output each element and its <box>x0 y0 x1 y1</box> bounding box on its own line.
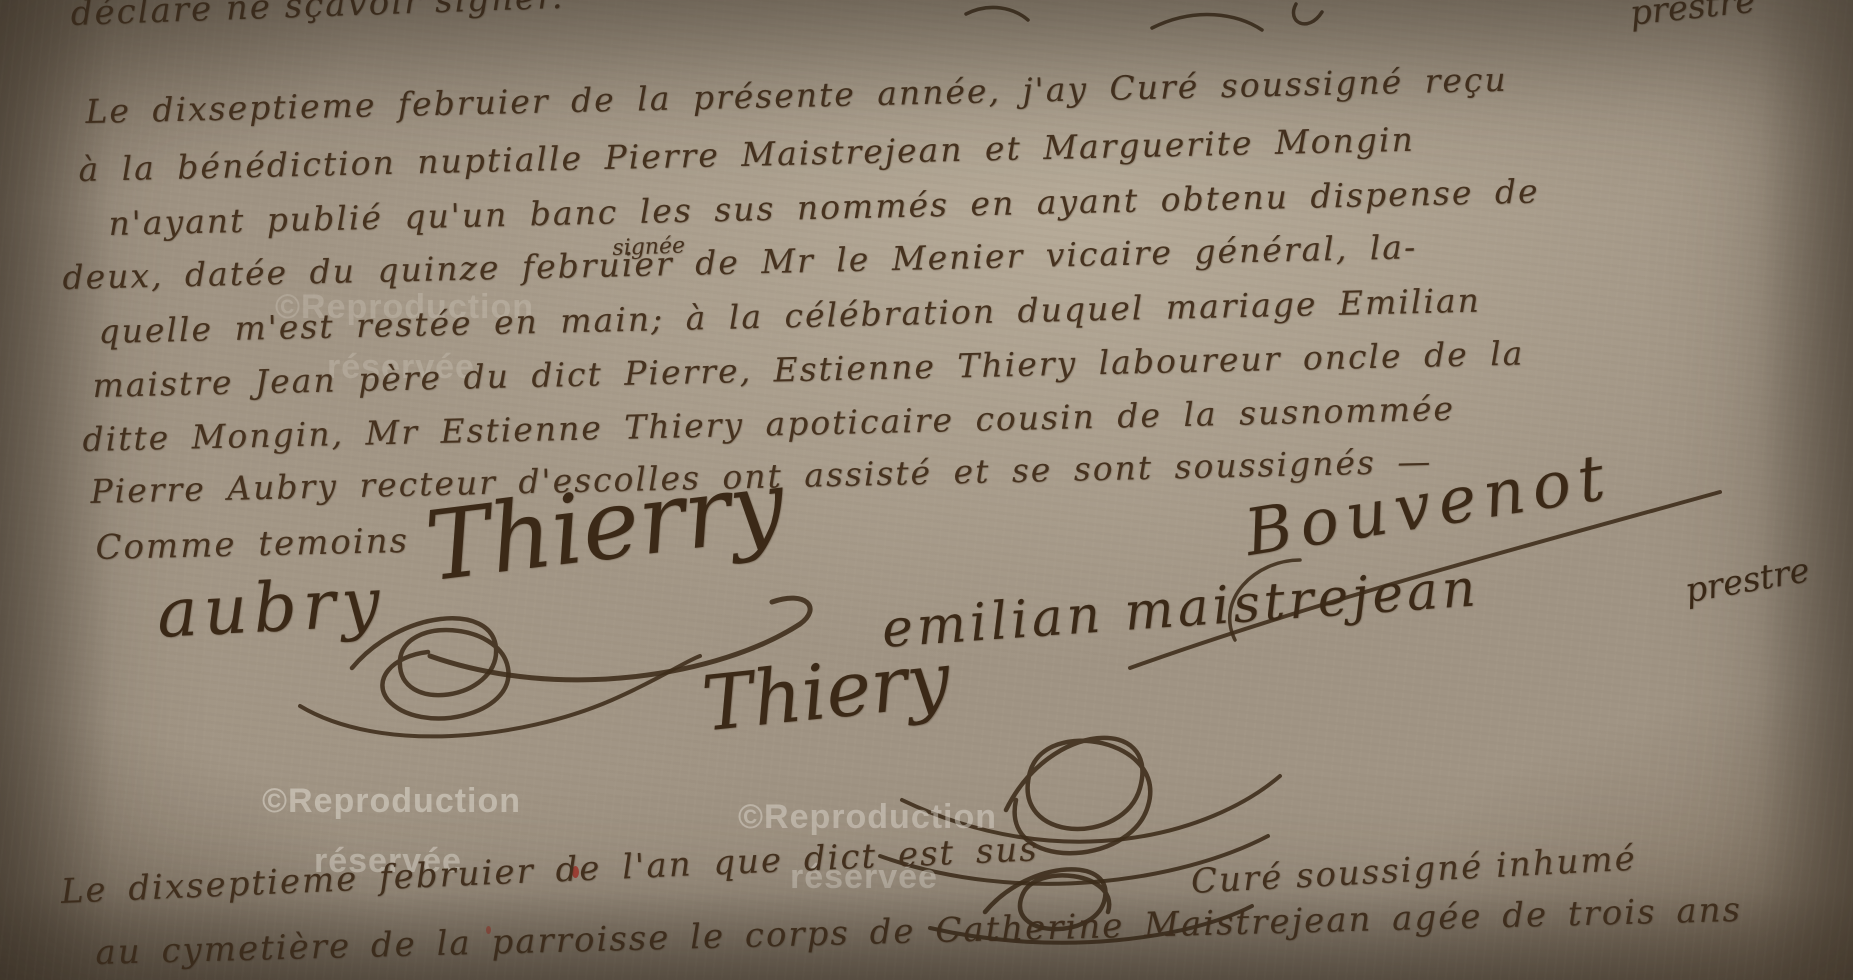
marriage-act-superscript-insert: signée <box>612 233 685 261</box>
witness-clause: Comme temoins <box>95 521 409 568</box>
manuscript-photo: ©Reproduction réservée déclaré ne sçavoi… <box>0 0 1853 980</box>
signature-aubry: aubry <box>155 563 388 654</box>
previous-act-right-note: prestre <box>1628 0 1757 34</box>
previous-act-fragment: déclaré ne sçavoir signer. <box>70 0 565 34</box>
signature-thiery-second: Thiery <box>698 634 954 748</box>
burial-act-line-2: au cymetière de la parroisse le corps de… <box>95 890 1742 973</box>
marriage-act-line-1: Le dixseptieme februier de la présente a… <box>85 60 1508 131</box>
signature-bouvenot-title: prestre <box>1682 550 1813 611</box>
burial-act-line-1-left: Le dixseptieme februier de l'an que dict… <box>60 829 1039 912</box>
watermark-line1: ©Reproduction <box>262 782 521 821</box>
burial-act-line-1-right: Curé soussigné inhumé <box>1190 839 1638 902</box>
watermark-line1: ©Reproduction <box>738 798 997 837</box>
signature-emilian-maistrejean: emilian maistrejean <box>880 558 1481 660</box>
top-right-stray-strokes <box>966 4 1322 30</box>
